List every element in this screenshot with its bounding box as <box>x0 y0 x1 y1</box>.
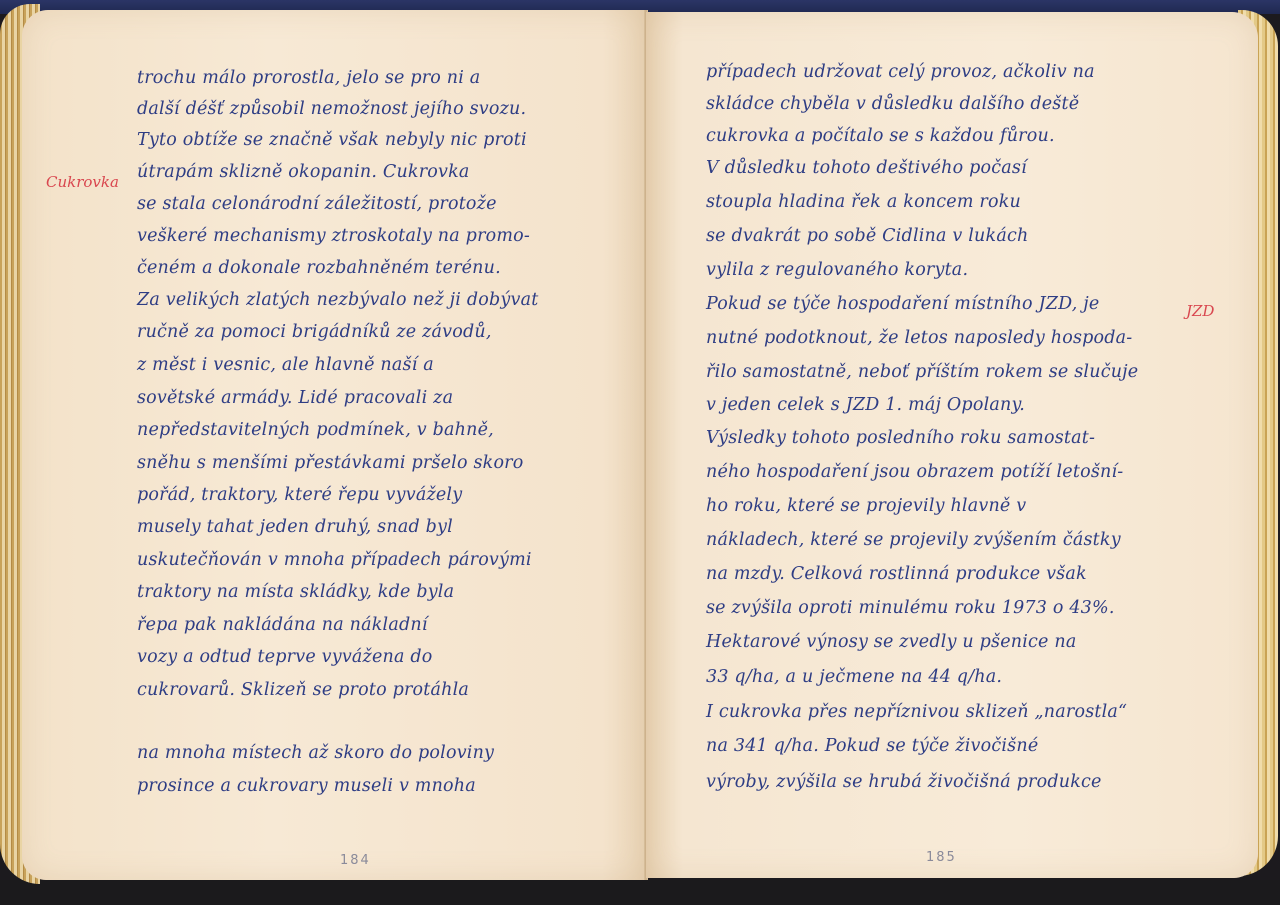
text-line: trochu málo prorostla, jelo se pro ni a <box>137 68 480 88</box>
text-line: traktory na místa skládky, kde byla <box>137 582 454 602</box>
text-line: nepředstavitelných podmínek, v bahně, <box>137 420 494 440</box>
text-line: se dvakrát po sobě Cidlina v lukách <box>706 226 1028 246</box>
text-line: Výsledky tohoto posledního roku samostat… <box>706 428 1095 448</box>
text-line: prosince a cukrovary museli v mnoha <box>137 776 476 796</box>
text-line: z měst i vesnic, ale hlavně naší a <box>137 355 434 375</box>
text-line: výroby, zvýšila se hrubá živočišná produ… <box>706 772 1102 792</box>
text-line: nákladech, které se projevily zvýšením č… <box>706 530 1121 550</box>
page-number: 184 <box>340 853 371 868</box>
text-line: musely tahat jeden druhý, snad byl <box>137 517 453 537</box>
page-number: 185 <box>926 850 957 865</box>
text-line: pořád, traktory, které řepu vyvážely <box>137 485 462 505</box>
text-line: se stala celonárodní záležitostí, protož… <box>137 194 497 214</box>
text-line: Hektarové výnosy se zvedly u pšenice na <box>706 632 1076 652</box>
text-line: vozy a odtud teprve vyvážena do <box>137 647 433 667</box>
text-line: sněhu s menšími přestávkami pršelo skoro <box>137 453 523 473</box>
text-line: cukrovarů. Sklizeň se proto protáhla <box>137 680 469 700</box>
right-page: JZD případech udržovat celý provoz, ačko… <box>646 12 1258 878</box>
text-line: řepa pak nakládána na nákladní <box>137 615 428 635</box>
text-line: případech udržovat celý provoz, ačkoliv … <box>706 62 1095 82</box>
text-line: 33 q/ha, a u ječmene na 44 q/ha. <box>706 667 1002 687</box>
text-line: ručně za pomoci brigádníků ze závodů, <box>137 322 492 342</box>
text-line: uskutečňován v mnoha případech párovými <box>137 550 532 570</box>
text-line: ho roku, které se projevily hlavně v <box>706 496 1026 516</box>
text-line: Pokud se týče hospodaření místního JZD, … <box>706 294 1099 314</box>
text-line: V důsledku tohoto deštivého počasí <box>706 158 1027 178</box>
text-line: čeném a dokonale rozbahněném terénu. <box>137 258 501 278</box>
text-line: I cukrovka přes nepříznivou sklizeň „nar… <box>706 702 1127 722</box>
text-line: řilo samostatně, neboť příštím rokem se … <box>706 362 1138 382</box>
text-line: veškeré mechanismy ztroskotaly na promo- <box>137 226 530 246</box>
margin-note-jzd: JZD <box>1186 302 1214 320</box>
text-line: ného hospodaření jsou obrazem potíží let… <box>706 462 1123 482</box>
text-line: stoupla hladina řek a koncem roku <box>706 192 1021 212</box>
text-line: nutné podotknout, že letos naposledy hos… <box>706 328 1132 348</box>
text-line: útrapám sklizně okopanin. Cukrovka <box>137 162 470 182</box>
text-line: skládce chyběla v důsledku dalšího deště <box>706 94 1079 114</box>
text-line: další déšť způsobil nemožnost jejího svo… <box>137 99 526 119</box>
text-line: na 341 q/ha. Pokud se týče živočišné <box>706 736 1038 756</box>
text-line: v jeden celek s JZD 1. máj Opolany. <box>706 395 1025 415</box>
text-line: na mzdy. Celková rostlinná produkce však <box>706 564 1087 584</box>
text-line: sovětské armády. Lidé pracovali za <box>137 388 453 408</box>
text-line: Za velikých zlatých nezbývalo než ji dob… <box>137 290 538 310</box>
text-line: se zvýšila oproti minulému roku 1973 o 4… <box>706 598 1115 618</box>
notebook-cover-bottom <box>0 880 1280 905</box>
text-line: cukrovka a počítalo se s každou fůrou. <box>706 126 1055 146</box>
margin-note-cukrovka: Cukrovka <box>46 173 119 191</box>
left-page: Cukrovka trochu málo prorostla, jelo se … <box>22 10 646 880</box>
text-line: na mnoha místech až skoro do poloviny <box>137 743 494 763</box>
text-line: vylila z regulovaného koryta. <box>706 260 968 280</box>
text-line: Tyto obtíže se značně však nebyly nic pr… <box>137 130 527 150</box>
